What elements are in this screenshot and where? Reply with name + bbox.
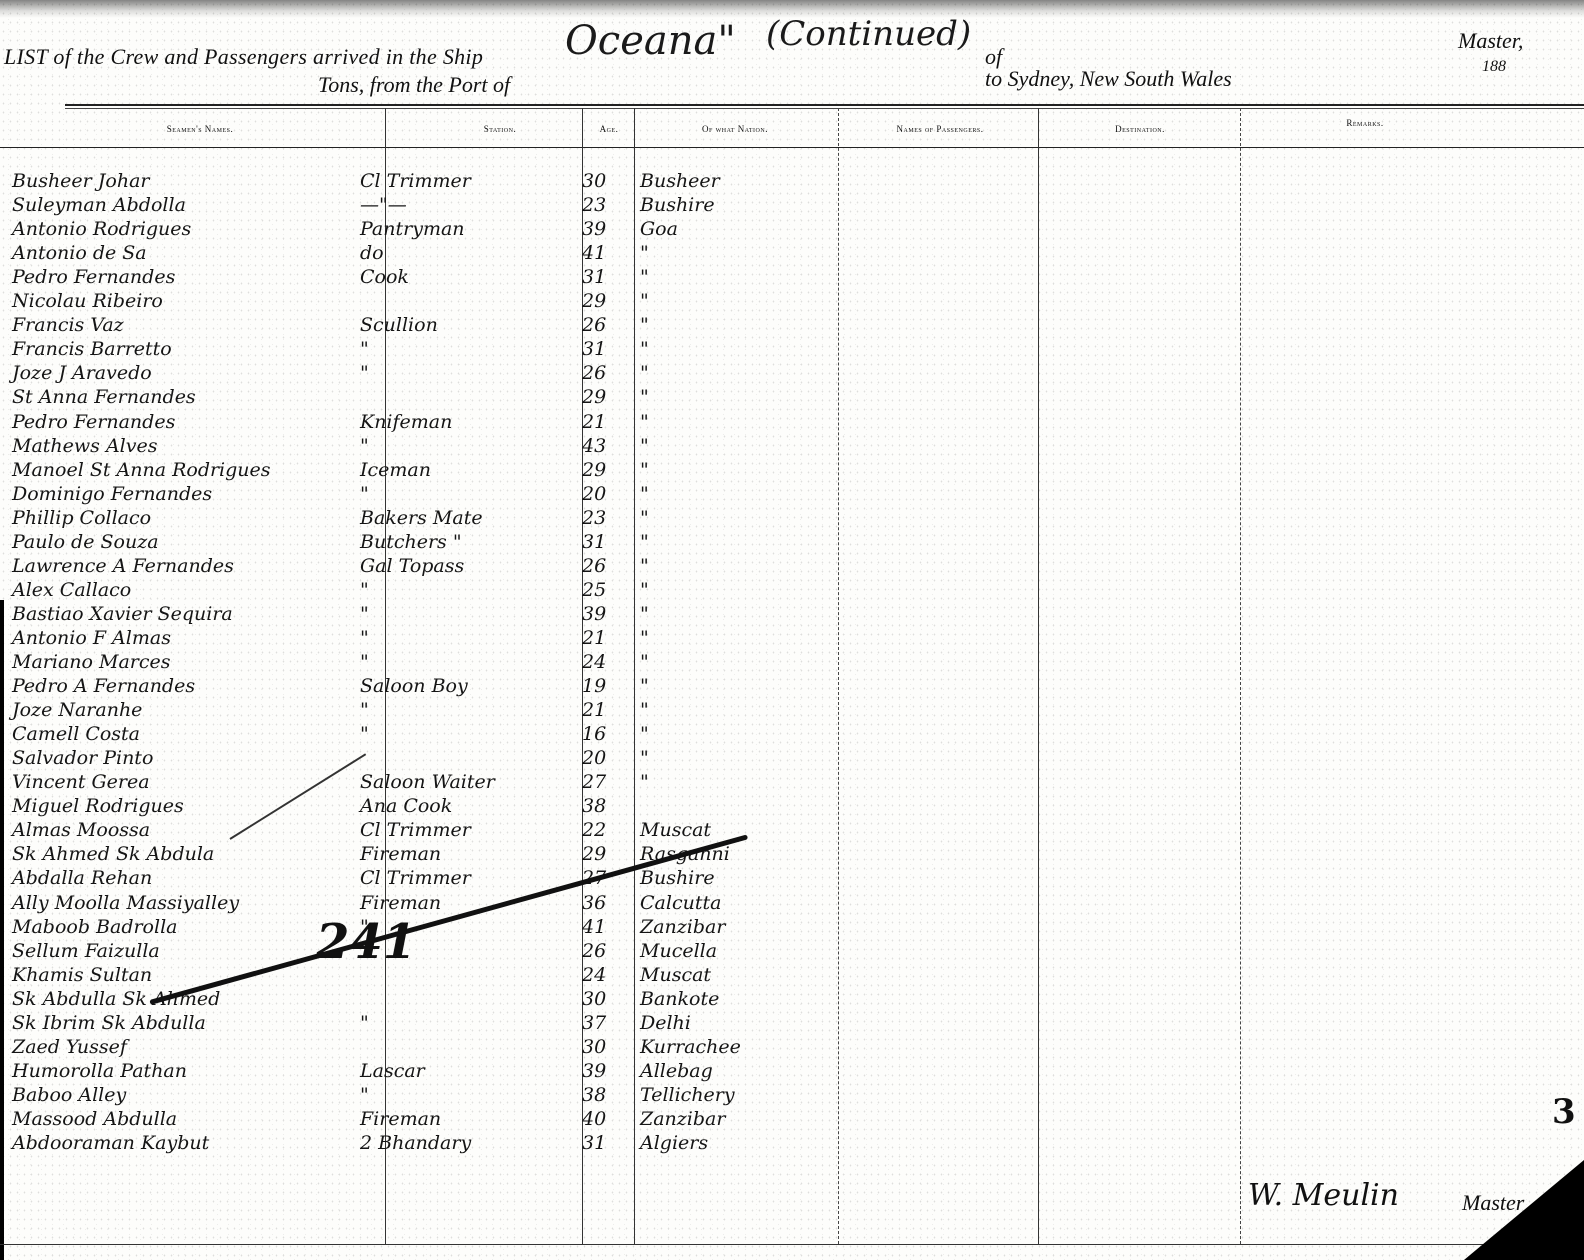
table-row: Pedro A FernandesSaloon Boy19": [0, 675, 1584, 697]
age-cell: 26: [582, 362, 606, 384]
seaman-name: Antonio Rodrigues: [12, 218, 191, 240]
seaman-name: Abdooraman Kaybut: [12, 1132, 209, 1154]
table-row: Vincent GereaSaloon Waiter27": [0, 771, 1584, 793]
nation-cell: ": [640, 723, 649, 745]
seaman-name: Pedro Fernandes: [12, 266, 175, 288]
age-cell: 29: [582, 843, 606, 865]
nation-cell: Algiers: [640, 1132, 708, 1154]
table-row: Sk Ibrim Sk Abdulla"37Delhi: [0, 1012, 1584, 1034]
side-mark: 3: [1552, 1092, 1576, 1132]
seaman-name: Antonio de Sa: [12, 242, 147, 264]
bottom-rule: [0, 1244, 1584, 1245]
station-cell: ": [360, 579, 369, 601]
table-row: Nicolau Ribeiro29": [0, 290, 1584, 312]
nation-cell: ": [640, 266, 649, 288]
age-cell: 30: [582, 988, 606, 1010]
age-cell: 23: [582, 194, 606, 216]
seaman-name: Joze J Aravedo: [12, 362, 152, 384]
seaman-name: Khamis Sultan: [12, 964, 152, 986]
station-cell: do: [360, 242, 384, 264]
age-cell: 21: [582, 699, 606, 721]
station-cell: ": [360, 1084, 369, 1106]
age-cell: 22: [582, 819, 606, 841]
table-row: Pedro FernandesKnifeman21": [0, 411, 1584, 433]
seaman-name: Francis Barretto: [12, 338, 172, 360]
seaman-name: Sellum Faizulla: [12, 940, 160, 962]
seaman-name: Vincent Gerea: [12, 771, 150, 793]
age-cell: 31: [582, 338, 606, 360]
station-cell: Fireman: [360, 892, 441, 914]
station-cell: Fireman: [360, 843, 441, 865]
nation-cell: Muscat: [640, 964, 711, 986]
age-cell: 39: [582, 218, 606, 240]
table-row: St Anna Fernandes29": [0, 386, 1584, 408]
seaman-name: Salvador Pinto: [12, 747, 153, 769]
station-cell: Knifeman: [360, 411, 452, 433]
station-cell: ": [360, 723, 369, 745]
col-passenger-names: Names of Passengers.: [845, 124, 1035, 134]
nation-cell: Tellichery: [640, 1084, 735, 1106]
age-cell: 41: [582, 242, 606, 264]
seaman-name: Almas Moossa: [12, 819, 150, 841]
table-row: Busheer JoharCl Trimmer30Busheer: [0, 170, 1584, 192]
seaman-name: Suleyman Abdolla: [12, 194, 186, 216]
nation-cell: ": [640, 579, 649, 601]
table-row: Antonio de Sado41": [0, 242, 1584, 264]
seaman-name: Lawrence A Fernandes: [12, 555, 234, 577]
station-cell: Cl Trimmer: [360, 867, 471, 889]
seaman-name: Maboob Badrolla: [12, 916, 177, 938]
station-cell: ": [360, 362, 369, 384]
table-row: Suleyman Abdolla—"—23Bushire: [0, 194, 1584, 216]
nation-cell: Muscat: [640, 819, 711, 841]
station-cell: Fireman: [360, 1108, 441, 1130]
col-remarks: Remarks.: [1250, 118, 1480, 128]
nation-cell: ": [640, 531, 649, 553]
nation-cell: ": [640, 747, 649, 769]
table-row: Humorolla PathanLascar39Allebag: [0, 1060, 1584, 1082]
nation-cell: ": [640, 459, 649, 481]
age-cell: 21: [582, 411, 606, 433]
year-label: 188: [1482, 58, 1506, 76]
seaman-name: Miguel Rodrigues: [12, 795, 184, 817]
table-row: Miguel RodriguesAna Cook38: [0, 795, 1584, 817]
table-row: Almas MoossaCl Trimmer22Muscat: [0, 819, 1584, 841]
station-cell: Bakers Mate: [360, 507, 483, 529]
nation-cell: Bushire: [640, 867, 715, 889]
age-cell: 39: [582, 1060, 606, 1082]
seaman-name: Zaed Yussef: [12, 1036, 127, 1058]
nation-cell: Kurrachee: [640, 1036, 741, 1058]
col-age: Age.: [586, 124, 632, 134]
nation-cell: Zanzibar: [640, 1108, 725, 1130]
seaman-name: Humorolla Pathan: [12, 1060, 187, 1082]
nation-cell: ": [640, 242, 649, 264]
age-cell: 16: [582, 723, 606, 745]
column-header-rule: [0, 147, 1584, 148]
nation-cell: ": [640, 411, 649, 433]
age-cell: 31: [582, 531, 606, 553]
station-cell: Gal Topass: [360, 555, 464, 577]
seaman-name: Camell Costa: [12, 723, 140, 745]
nation-cell: ": [640, 386, 649, 408]
col-station: Station.: [440, 124, 560, 134]
station-cell: 2 Bhandary: [360, 1132, 471, 1154]
nation-cell: ": [640, 290, 649, 312]
nation-cell: Calcutta: [640, 892, 721, 914]
age-cell: 37: [582, 1012, 606, 1034]
table-row: Camell Costa"16": [0, 723, 1584, 745]
table-row: Abdalla RehanCl Trimmer27Bushire: [0, 867, 1584, 889]
table-row: Phillip CollacoBakers Mate23": [0, 507, 1584, 529]
table-row: Joze J Aravedo"26": [0, 362, 1584, 384]
seaman-name: Paulo de Souza: [12, 531, 159, 553]
table-row: Antonio F Almas"21": [0, 627, 1584, 649]
nation-cell: Zanzibar: [640, 916, 725, 938]
age-cell: 27: [582, 771, 606, 793]
table-row: Antonio RodriguesPantryman39Goa: [0, 218, 1584, 240]
age-cell: 26: [582, 314, 606, 336]
seaman-name: Mathews Alves: [12, 435, 157, 457]
ship-name: Oceana": [565, 18, 736, 64]
nation-cell: Goa: [640, 218, 678, 240]
station-cell: ": [360, 699, 369, 721]
nation-cell: ": [640, 603, 649, 625]
form-title-line1: LIST of the Crew and Passengers arrived …: [4, 44, 483, 70]
table-row: Sk Abdulla Sk Ahmed30Bankote: [0, 988, 1584, 1010]
station-cell: —"—: [360, 194, 407, 216]
nation-cell: ": [640, 627, 649, 649]
age-cell: 29: [582, 290, 606, 312]
seaman-name: Manoel St Anna Rodrigues: [12, 459, 271, 481]
table-row: Manoel St Anna RodriguesIceman29": [0, 459, 1584, 481]
age-cell: 20: [582, 483, 606, 505]
seaman-name: Francis Vaz: [12, 314, 124, 336]
table-row: Sellum Faizulla"26Mucella: [0, 940, 1584, 962]
table-row: Dominigo Fernandes"20": [0, 483, 1584, 505]
seaman-name: Baboo Alley: [12, 1084, 126, 1106]
table-row: Lawrence A FernandesGal Topass26": [0, 555, 1584, 577]
table-row: Mathews Alves"43": [0, 435, 1584, 457]
nation-cell: Busheer: [640, 170, 720, 192]
station-cell: Saloon Boy: [360, 675, 468, 697]
seaman-name: Sk Ibrim Sk Abdulla: [12, 1012, 206, 1034]
station-cell: Lascar: [360, 1060, 425, 1082]
age-cell: 41: [582, 916, 606, 938]
col-nation: Of what Nation.: [640, 124, 830, 134]
col-seamens-names: Seamen's Names.: [100, 124, 300, 134]
header-rule: [65, 104, 1584, 106]
age-cell: 31: [582, 266, 606, 288]
nation-cell: ": [640, 507, 649, 529]
seaman-name: St Anna Fernandes: [12, 386, 196, 408]
station-cell: Butchers ": [360, 531, 462, 553]
age-cell: 20: [582, 747, 606, 769]
nation-cell: ": [640, 338, 649, 360]
station-cell: ": [360, 338, 369, 360]
age-cell: 23: [582, 507, 606, 529]
nation-cell: ": [640, 483, 649, 505]
seaman-name: Nicolau Ribeiro: [12, 290, 163, 312]
age-cell: 29: [582, 459, 606, 481]
margin-number: 241: [316, 914, 416, 970]
seaman-name: Busheer Johar: [12, 170, 150, 192]
age-cell: 30: [582, 170, 606, 192]
age-cell: 43: [582, 435, 606, 457]
nation-cell: ": [640, 771, 649, 793]
master-label: Master,: [1458, 28, 1523, 54]
age-cell: 40: [582, 1108, 606, 1130]
nation-cell: Bankote: [640, 988, 719, 1010]
nation-cell: Allebag: [640, 1060, 713, 1082]
nation-cell: ": [640, 651, 649, 673]
table-row: Maboob Badrolla"41Zanzibar: [0, 916, 1584, 938]
col-destination: Destination.: [1045, 124, 1235, 134]
nation-cell: Delhi: [640, 1012, 691, 1034]
age-cell: 38: [582, 795, 606, 817]
nation-cell: ": [640, 362, 649, 384]
table-row: Mariano Marces"24": [0, 651, 1584, 673]
station-cell: Pantryman: [360, 218, 465, 240]
scan-corner: [1464, 1160, 1584, 1260]
age-cell: 36: [582, 892, 606, 914]
station-cell: Cl Trimmer: [360, 170, 471, 192]
table-row: Massood AbdullaFireman40Zanzibar: [0, 1108, 1584, 1130]
nation-cell: ": [640, 555, 649, 577]
station-cell: ": [360, 1012, 369, 1034]
seaman-name: Sk Ahmed Sk Abdula: [12, 843, 214, 865]
table-row: Pedro FernandesCook31": [0, 266, 1584, 288]
seaman-name: Abdalla Rehan: [12, 867, 152, 889]
age-cell: 38: [582, 1084, 606, 1106]
seaman-name: Massood Abdulla: [12, 1108, 177, 1130]
station-cell: ": [360, 651, 369, 673]
nation-cell: ": [640, 314, 649, 336]
age-cell: 29: [582, 386, 606, 408]
table-row: Zaed Yussef30Kurrachee: [0, 1036, 1584, 1058]
master-signature: W. Meulin: [1248, 1178, 1399, 1213]
station-cell: Saloon Waiter: [360, 771, 495, 793]
seaman-name: Pedro A Fernandes: [12, 675, 195, 697]
age-cell: 24: [582, 964, 606, 986]
table-row: Sk Ahmed Sk AbdulaFireman29Rasganni: [0, 843, 1584, 865]
seaman-name: Bastiao Xavier Sequira: [12, 603, 233, 625]
form-title-line2: Tons, from the Port of: [318, 72, 510, 98]
nation-cell: ": [640, 699, 649, 721]
station-cell: Cook: [360, 266, 409, 288]
station-cell: Cl Trimmer: [360, 819, 471, 841]
table-row: Francis VazScullion26": [0, 314, 1584, 336]
station-cell: Scullion: [360, 314, 438, 336]
age-cell: 25: [582, 579, 606, 601]
station-cell: ": [360, 435, 369, 457]
nation-cell: Mucella: [640, 940, 717, 962]
nation-cell: ": [640, 675, 649, 697]
station-cell: ": [360, 603, 369, 625]
age-cell: 39: [582, 603, 606, 625]
seaman-name: Ally Moolla Massiyalley: [12, 892, 239, 914]
destination-port: to Sydney, New South Wales: [985, 66, 1232, 92]
age-cell: 26: [582, 555, 606, 577]
station-cell: ": [360, 627, 369, 649]
seaman-name: Phillip Collaco: [12, 507, 151, 529]
seaman-name: Dominigo Fernandes: [12, 483, 212, 505]
table-row: Alex Callaco"25": [0, 579, 1584, 601]
seaman-name: Mariano Marces: [12, 651, 171, 673]
age-cell: 19: [582, 675, 606, 697]
age-cell: 24: [582, 651, 606, 673]
age-cell: 30: [582, 1036, 606, 1058]
seaman-name: Alex Callaco: [12, 579, 131, 601]
station-cell: Iceman: [360, 459, 431, 481]
table-row: Abdooraman Kaybut2 Bhandary31Algiers: [0, 1132, 1584, 1154]
table-row: Paulo de SouzaButchers "31": [0, 531, 1584, 553]
seaman-name: Pedro Fernandes: [12, 411, 175, 433]
continued-note: (Continued): [766, 14, 971, 54]
table-row: Francis Barretto"31": [0, 338, 1584, 360]
seaman-name: Joze Naranhe: [12, 699, 142, 721]
table-row: Ally Moolla MassiyalleyFireman36Calcutta: [0, 892, 1584, 914]
nation-cell: Bushire: [640, 194, 715, 216]
table-row: Joze Naranhe"21": [0, 699, 1584, 721]
age-cell: 26: [582, 940, 606, 962]
seaman-name: Antonio F Almas: [12, 627, 171, 649]
table-row: Baboo Alley"38Tellichery: [0, 1084, 1584, 1106]
age-cell: 21: [582, 627, 606, 649]
nation-cell: ": [640, 435, 649, 457]
age-cell: 31: [582, 1132, 606, 1154]
station-cell: Ana Cook: [360, 795, 452, 817]
station-cell: ": [360, 483, 369, 505]
header-rule-thin: [65, 108, 1584, 109]
table-row: Bastiao Xavier Sequira"39": [0, 603, 1584, 625]
table-row: Salvador Pinto20": [0, 747, 1584, 769]
